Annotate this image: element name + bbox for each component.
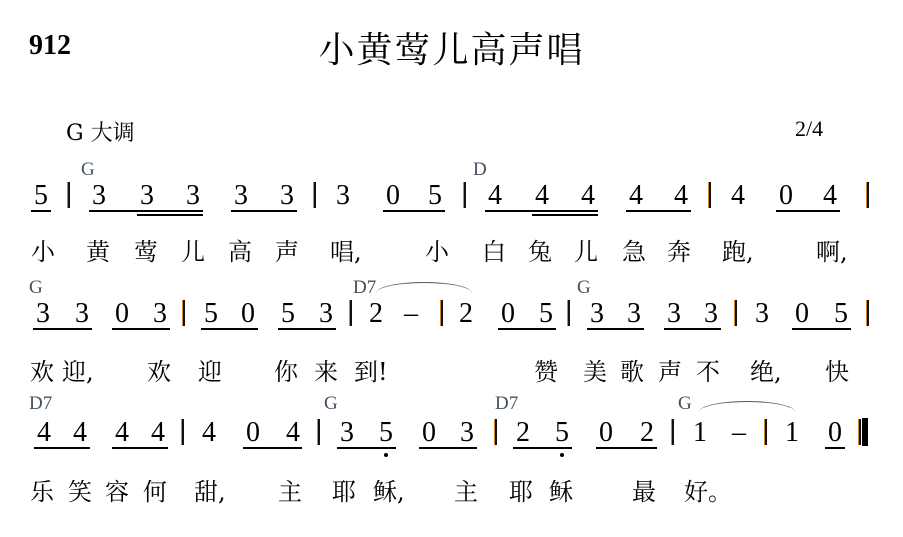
note: 3 — [752, 300, 772, 328]
note: 2 — [513, 419, 533, 447]
key-signature: G 大调 — [66, 116, 135, 147]
final-barline-thin — [858, 419, 861, 445]
note: 2 — [637, 419, 657, 447]
note: 0 — [825, 419, 845, 447]
lyric: 儿 — [181, 232, 205, 267]
note: 4 — [671, 182, 691, 210]
note: 3 — [664, 300, 684, 328]
note: 4 — [820, 182, 840, 210]
lyric: 美 — [583, 352, 607, 387]
note: 3 — [624, 300, 644, 328]
underline — [513, 447, 572, 449]
note: 4 — [532, 182, 552, 210]
barline — [463, 182, 466, 208]
lyric: 声 — [275, 232, 299, 267]
lyric: 好。 — [684, 472, 732, 507]
note: 5 — [552, 419, 572, 447]
note: 5 — [376, 419, 396, 447]
underline — [596, 447, 657, 449]
underline — [31, 210, 51, 212]
underline — [664, 328, 721, 330]
note: 3 — [137, 182, 157, 210]
underline — [792, 328, 851, 330]
underline — [278, 328, 336, 330]
tie-arc — [699, 401, 795, 412]
underline — [485, 210, 598, 212]
note: 3 — [333, 182, 353, 210]
note: 0 — [238, 300, 258, 328]
note: – — [401, 300, 421, 328]
lyric: 稣, — [373, 472, 405, 507]
barline — [67, 182, 70, 208]
chord-label: G — [29, 277, 43, 299]
barline — [313, 182, 316, 208]
underline — [243, 447, 302, 449]
underline — [201, 328, 258, 330]
barline — [708, 182, 711, 208]
barline — [866, 300, 869, 326]
lower-octave-dot — [560, 453, 564, 457]
chord-label: G — [324, 393, 338, 415]
note: 0 — [776, 182, 796, 210]
barline — [866, 182, 869, 208]
note: 3 — [337, 419, 357, 447]
lyric: 你 — [274, 352, 298, 387]
note: 3 — [277, 182, 297, 210]
lyric: 容 — [105, 472, 129, 507]
tie-arc — [376, 282, 472, 293]
lyric: 迎, — [62, 352, 94, 387]
lyric: 何 — [143, 472, 167, 507]
underline — [825, 447, 845, 449]
note: 0 — [243, 419, 263, 447]
note: 0 — [112, 300, 132, 328]
barline — [181, 419, 184, 445]
chord-label: D7 — [353, 277, 376, 299]
underline — [626, 210, 691, 212]
note: 3 — [587, 300, 607, 328]
lyric: 啊, — [816, 232, 848, 267]
lyric: 欢 — [147, 352, 171, 387]
lyric: 唱, — [330, 232, 362, 267]
lyric: 欢 — [30, 352, 54, 387]
lyric: 稣 — [549, 472, 573, 507]
final-barline-thick — [862, 418, 868, 446]
note: 4 — [485, 182, 505, 210]
lyric: 歌 — [620, 352, 644, 387]
barline — [494, 419, 497, 445]
underline — [587, 328, 644, 330]
note: 5 — [31, 182, 51, 210]
note: 4 — [34, 419, 54, 447]
note: 3 — [150, 300, 170, 328]
lyric: 耶 — [332, 472, 356, 507]
barline — [764, 419, 767, 445]
note: 3 — [183, 182, 203, 210]
note: 4 — [199, 419, 219, 447]
lyric: 跑, — [722, 232, 754, 267]
lyric: 奔 — [667, 232, 691, 267]
chord-label: G — [81, 159, 95, 181]
note: 3 — [89, 182, 109, 210]
chord-label: D7 — [495, 393, 518, 415]
lyric: 来 — [314, 352, 338, 387]
note: 4 — [578, 182, 598, 210]
lyric: 莺 — [134, 232, 158, 267]
lyric: 儿 — [574, 232, 598, 267]
barline — [734, 300, 737, 326]
note: 3 — [316, 300, 336, 328]
underline — [776, 210, 840, 212]
note: 2 — [366, 300, 386, 328]
note: 4 — [728, 182, 748, 210]
lyric: 白 — [482, 232, 506, 267]
barline — [349, 300, 352, 326]
note: 5 — [278, 300, 298, 328]
underline — [419, 447, 477, 449]
chord-label: G — [678, 393, 692, 415]
underline — [112, 328, 170, 330]
note: 0 — [419, 419, 439, 447]
chord-label: D7 — [29, 393, 52, 415]
note: – — [729, 419, 749, 447]
lyric: 甜, — [194, 472, 226, 507]
note: 3 — [231, 182, 251, 210]
underline — [498, 328, 556, 330]
note: 1 — [782, 419, 802, 447]
note: 5 — [425, 182, 445, 210]
barline — [671, 419, 674, 445]
lyric: 黄 — [86, 232, 110, 267]
underline — [337, 447, 396, 449]
lyric: 兔 — [528, 232, 552, 267]
lyric: 赞 — [534, 352, 558, 387]
note: 0 — [596, 419, 616, 447]
note: 4 — [70, 419, 90, 447]
barline — [182, 300, 185, 326]
underline — [383, 210, 445, 212]
song-title: 小黄莺儿高声唱 — [0, 22, 903, 73]
barline — [440, 300, 443, 326]
lyric: 最 — [632, 472, 656, 507]
note: 3 — [72, 300, 92, 328]
lyric: 声 — [658, 352, 682, 387]
note: 1 — [690, 419, 710, 447]
note: 3 — [701, 300, 721, 328]
note: 4 — [148, 419, 168, 447]
note: 5 — [201, 300, 221, 328]
lyric: 快 — [825, 352, 849, 387]
barline — [317, 419, 320, 445]
lyric: 急 — [622, 232, 646, 267]
lower-octave-dot — [384, 453, 388, 457]
underline — [33, 328, 92, 330]
lyric: 绝, — [750, 352, 782, 387]
barline — [567, 300, 570, 326]
double-underline — [137, 214, 203, 216]
note: 0 — [498, 300, 518, 328]
underline — [89, 210, 203, 212]
double-underline — [532, 214, 598, 216]
note: 4 — [112, 419, 132, 447]
note: 2 — [456, 300, 476, 328]
note: 3 — [457, 419, 477, 447]
lyric: 小 — [31, 232, 55, 267]
note: 5 — [831, 300, 851, 328]
chord-label: G — [577, 277, 591, 299]
underline — [112, 447, 168, 449]
note: 3 — [33, 300, 53, 328]
lyric: 迎 — [198, 352, 222, 387]
lyric: 笑 — [68, 472, 92, 507]
note: 5 — [536, 300, 556, 328]
note: 0 — [792, 300, 812, 328]
underline — [231, 210, 297, 212]
lyric: 到! — [354, 352, 388, 387]
underline — [34, 447, 90, 449]
lyric: 乐 — [30, 472, 54, 507]
lyric: 主 — [278, 472, 302, 507]
chord-label: D — [473, 159, 487, 181]
lyric: 耶 — [509, 472, 533, 507]
note: 4 — [283, 419, 303, 447]
lyric: 高 — [228, 232, 252, 267]
time-signature: 2/4 — [795, 116, 823, 142]
lyric: 主 — [454, 472, 478, 507]
lyric: 小 — [425, 232, 449, 267]
note: 0 — [383, 182, 403, 210]
note: 4 — [626, 182, 646, 210]
lyric: 不 — [696, 352, 720, 387]
